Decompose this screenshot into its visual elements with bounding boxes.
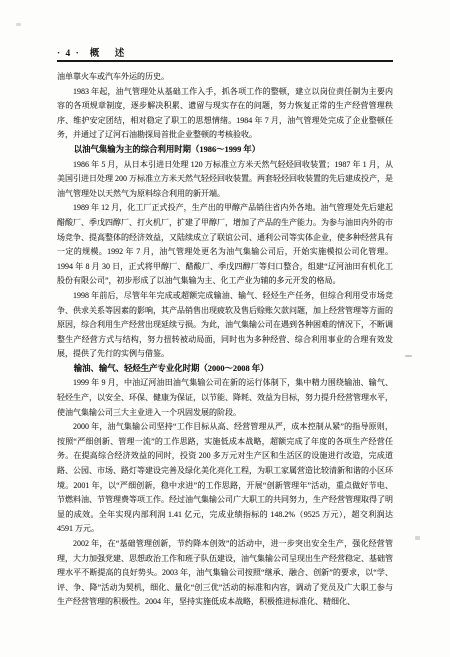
scan-artifact: [405, 355, 412, 357]
paragraph: 1998 年前后，尽管年年完成或超额完成输油、输气、轻烃生产任务，但综合利用受市…: [57, 289, 393, 362]
page-body: 油单靠火车或汽车外运的历史。 1983 年起，油气管理处从基础工作入手，抓各项工…: [57, 70, 393, 610]
header-rule: [57, 60, 393, 62]
paragraph: 2000 年，油气集输公司坚持“工作目标从高、经营管理从严，成本控制从紧”的指导…: [57, 420, 393, 537]
page-header: · 4 · 概 述: [57, 45, 127, 59]
page-number: · 4 ·: [57, 49, 80, 59]
section-title: 概 述: [90, 49, 128, 59]
paragraph: 1989 年 12 月，化工厂正式投产，生产出的甲醇产品销往省内外各地。油气管理…: [57, 201, 393, 289]
scanned-book-page: · 4 · 概 述 油单靠火车或汽车外运的历史。 1983 年起，油气管理处从基…: [0, 0, 450, 657]
paragraph: 1983 年起，油气管理处从基础工作入手，抓各项工作的整顿，建立以岗位责任制为主…: [57, 85, 393, 143]
scan-artifact: [16, 23, 21, 26]
paragraph: 2002 年，在“基础管理创新，节约降本创效”的活动中，进一步突出安全生产，强化…: [57, 537, 393, 610]
scan-artifact: [415, 536, 420, 540]
paragraph: 1999 年 9 月，中油辽河油田油气集输公司在新的运行体制下，集中精力围绕输油…: [57, 376, 393, 420]
section-heading: 以油气集输为主的综合利用时期（1986～1999 年）: [57, 143, 393, 158]
paragraph: 1986 年 5 月，从日本引进日处理 120 万标准立方米天然气轻烃回收装置；…: [57, 158, 393, 202]
section-heading: 输油、输气、轻烃生产专业化时期（2000～2008 年）: [57, 362, 393, 377]
paragraph-continuation: 油单靠火车或汽车外运的历史。: [57, 70, 393, 85]
